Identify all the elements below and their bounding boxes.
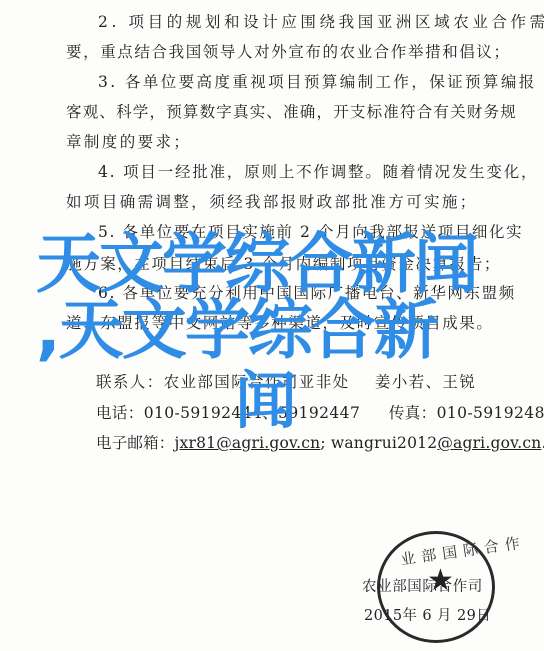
email-line: 电子邮箱：jxr81@agri.gov.cn; wangrui2012@agri… — [96, 434, 544, 452]
overlay-title-line-1: 天文学综合新闻 — [36, 232, 477, 297]
overlay-title-line-2: ,天文学综合新 — [36, 298, 437, 363]
overlay-title-line-3: 闻 — [235, 370, 297, 432]
para-2-line-1: 2. 项目的规划和设计应围绕我国亚洲区域农业合作需 — [98, 13, 544, 31]
phone-line: 电话：010-59192444、59192447 传真：010-59192482 — [96, 404, 544, 422]
signature-org: 农业部国际合作司 — [362, 578, 483, 596]
para-3-line-1: 3. 各单位要高度重视项目预算编制工作，保证预算编报 — [98, 73, 537, 91]
para-3-line-3: 章制度的要求； — [66, 133, 191, 151]
fax-value: 010-59192482 — [437, 404, 544, 422]
email-separator: ; — [320, 434, 331, 452]
para-4-line-1: 4. 项目一经批准，原则上不作调整。随着情况发生变化， — [98, 163, 538, 181]
para-4-line-2: 如项目确需调整，须经我部报财政部批准方可实施； — [66, 193, 478, 211]
phone-label: 电话： — [96, 404, 144, 422]
document-page: 2. 项目的规划和设计应围绕我国亚洲区域农业合作需 要，重点结合我国领导人对外宣… — [0, 0, 544, 651]
email-label: 电子邮箱： — [96, 434, 175, 452]
contact-label: 联系人： — [96, 373, 164, 391]
signature-date: 2015年 6 月 29日 — [364, 607, 491, 625]
para-3-line-2: 客观、科学，预算数字真实、准确，开支标准符合有关财务规 — [66, 103, 517, 121]
fax-label: 传真： — [389, 404, 437, 422]
para-2-line-2: 要，重点结合我国领导人对外宣布的农业合作举措和倡议； — [66, 43, 511, 61]
email-2-domain[interactable]: @agri.gov.cn — [437, 434, 541, 452]
email-2-user[interactable]: wangrui2012 — [331, 434, 437, 452]
contact-value: 农业部国际合作司亚非处 姜小若、王锐 — [164, 373, 477, 391]
